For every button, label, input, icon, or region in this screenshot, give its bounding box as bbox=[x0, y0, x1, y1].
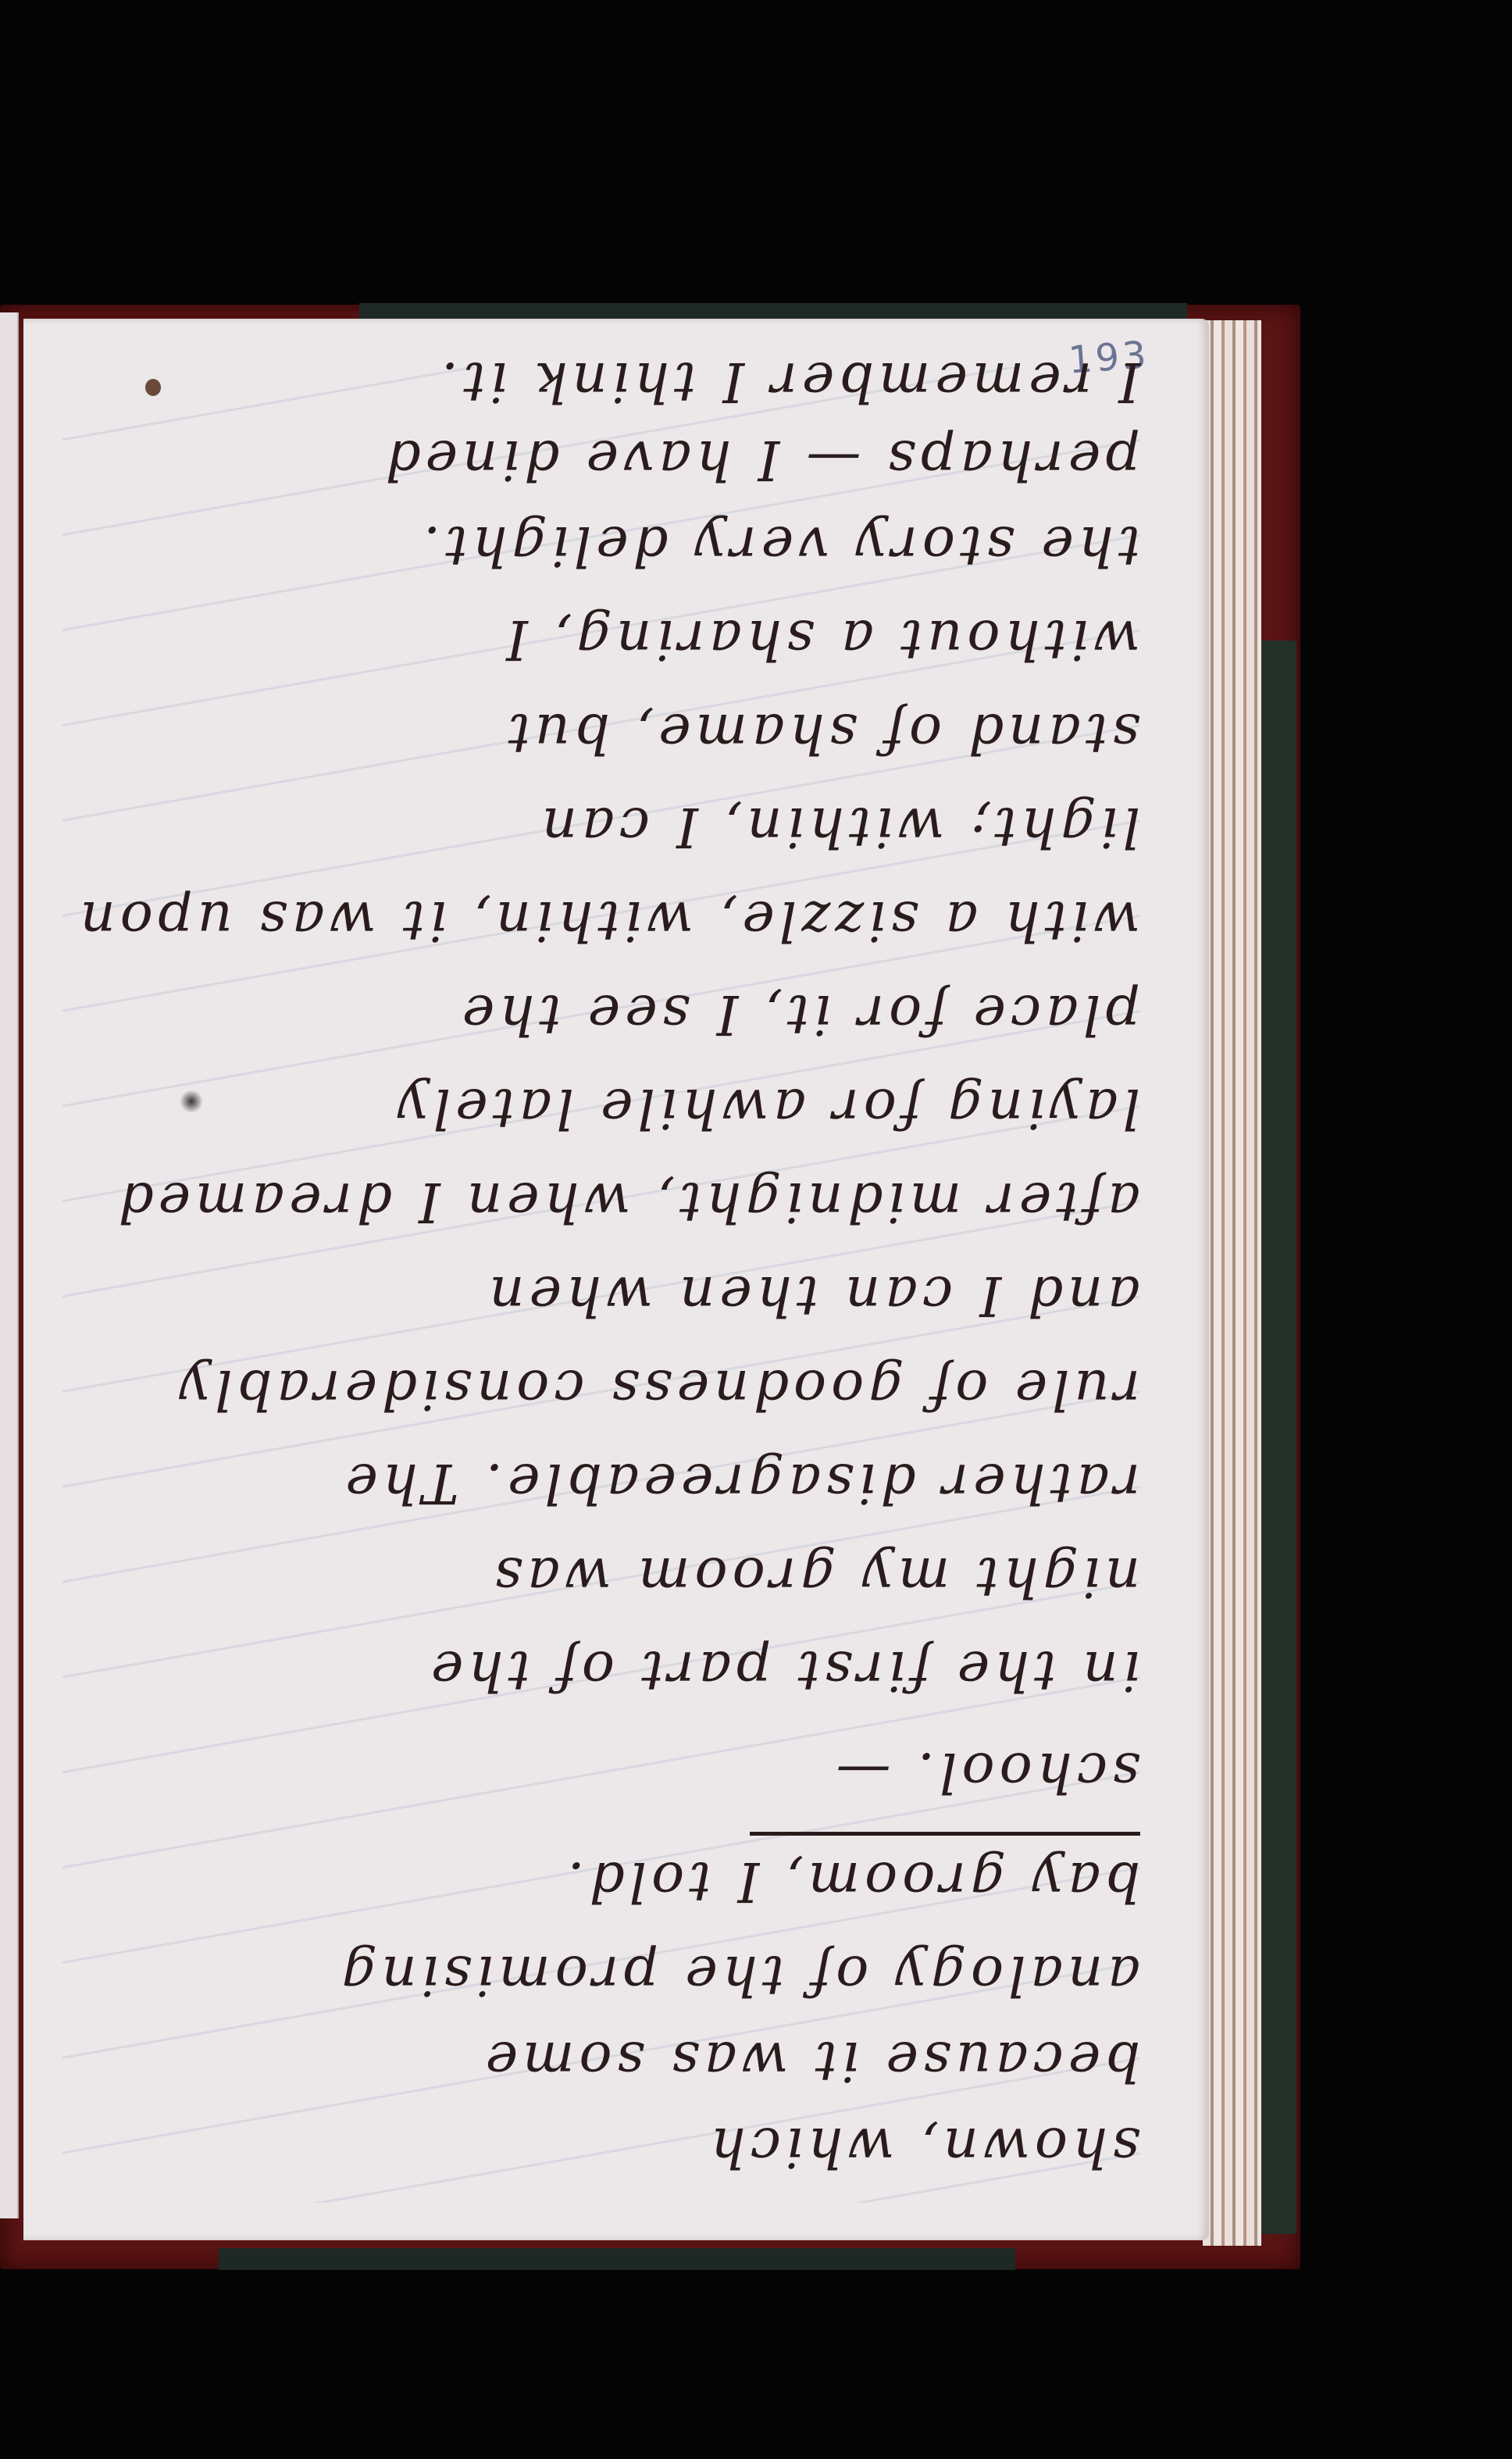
text-line: and I can then when bbox=[62, 1264, 1140, 1328]
text-line: I remember I think it. bbox=[62, 350, 1140, 414]
text-line: without a sharing, I bbox=[62, 608, 1140, 672]
text-line: laying for awhile lately bbox=[62, 1076, 1140, 1140]
text-line: in the first part of the bbox=[62, 1639, 1140, 1703]
text-line: perhaps — I have dined bbox=[62, 428, 1140, 492]
text-line: place for it, I see the bbox=[62, 983, 1140, 1047]
text-line: because it was some bbox=[62, 2029, 1140, 2093]
text-line: rule of goodness considerably bbox=[62, 1358, 1140, 1422]
text-line: school. — bbox=[62, 1740, 1140, 1804]
text-line: after midnight, when I dreamed bbox=[62, 1170, 1140, 1234]
section-rule bbox=[750, 1832, 1140, 1836]
previous-page-edge bbox=[0, 312, 19, 2218]
text-line: night my groom was bbox=[62, 1545, 1140, 1609]
cover-edge-bottom bbox=[219, 2248, 1015, 2270]
handwritten-text-block: shown, which because it was some analogy… bbox=[47, 344, 1171, 2203]
cover-edge-top bbox=[359, 303, 1187, 319]
text-line: shown, which bbox=[62, 2115, 1140, 2179]
text-line: rather disagreeable. The bbox=[62, 1451, 1140, 1515]
text-line: with a sizzle, within, it was upon bbox=[62, 889, 1140, 953]
text-line: the story very delight. bbox=[62, 514, 1140, 578]
text-line: bay groom, I told. bbox=[62, 1850, 1140, 1914]
page-stack-edges bbox=[1203, 320, 1261, 2246]
text-line: analogy of the promising bbox=[62, 1943, 1140, 2008]
text-line: stand of shame, but bbox=[62, 701, 1140, 766]
text-line: light; within, I can bbox=[62, 795, 1140, 859]
